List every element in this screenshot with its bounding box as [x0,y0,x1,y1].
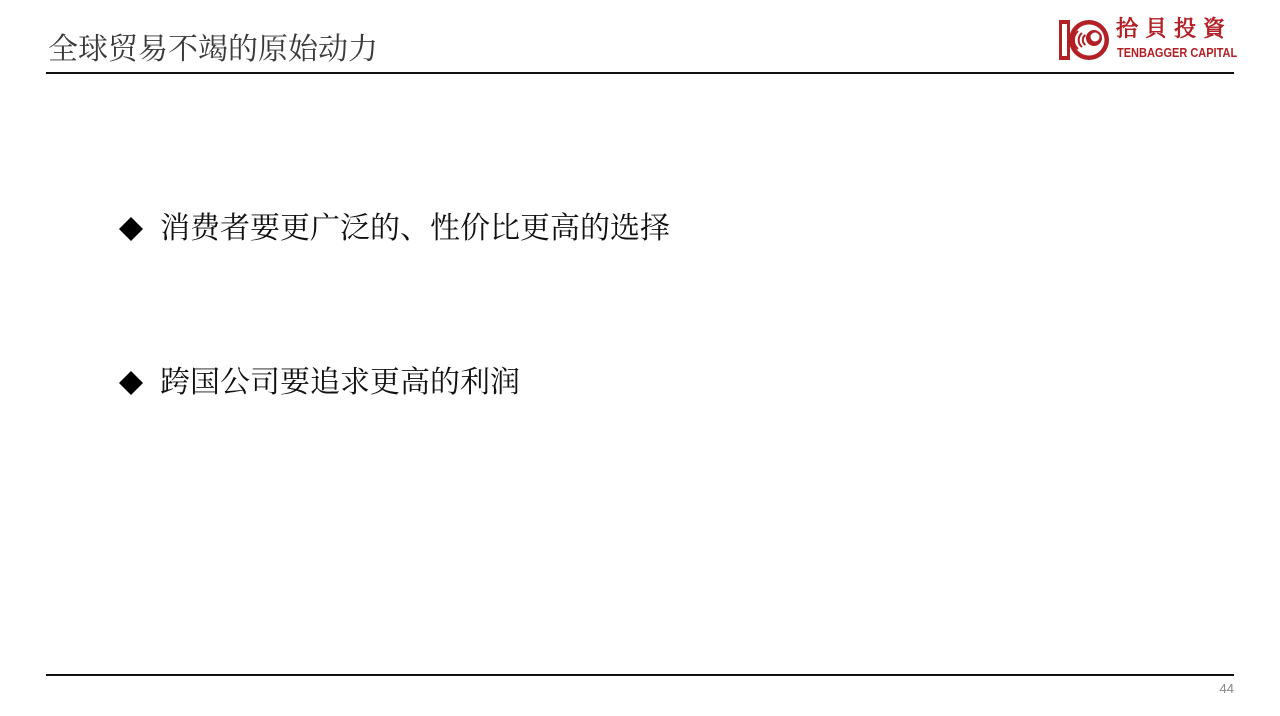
bullet-item: 跨国公司要追求更高的利润 [116,363,520,403]
page-number: 44 [1220,681,1234,697]
tenbagger-logo-icon [1058,17,1112,63]
logo-name-english: TENBAGGER CAPITAL [1117,46,1237,60]
diamond-bullet-icon [116,209,146,249]
footer-divider [46,674,1234,676]
bullet-text: 跨国公司要追求更高的利润 [160,363,520,403]
title-divider [46,72,1234,74]
slide-title: 全球贸易不竭的原始动力 [48,30,378,70]
logo-name-chinese: 拾貝投資 [1116,17,1232,43]
company-logo: 拾貝投資 TENBAGGER CAPITAL [1058,15,1238,65]
bullet-item: 消费者要更广泛的、性价比更高的选择 [116,209,670,249]
diamond-bullet-icon [116,363,146,403]
bullet-text: 消费者要更广泛的、性价比更高的选择 [160,209,670,249]
